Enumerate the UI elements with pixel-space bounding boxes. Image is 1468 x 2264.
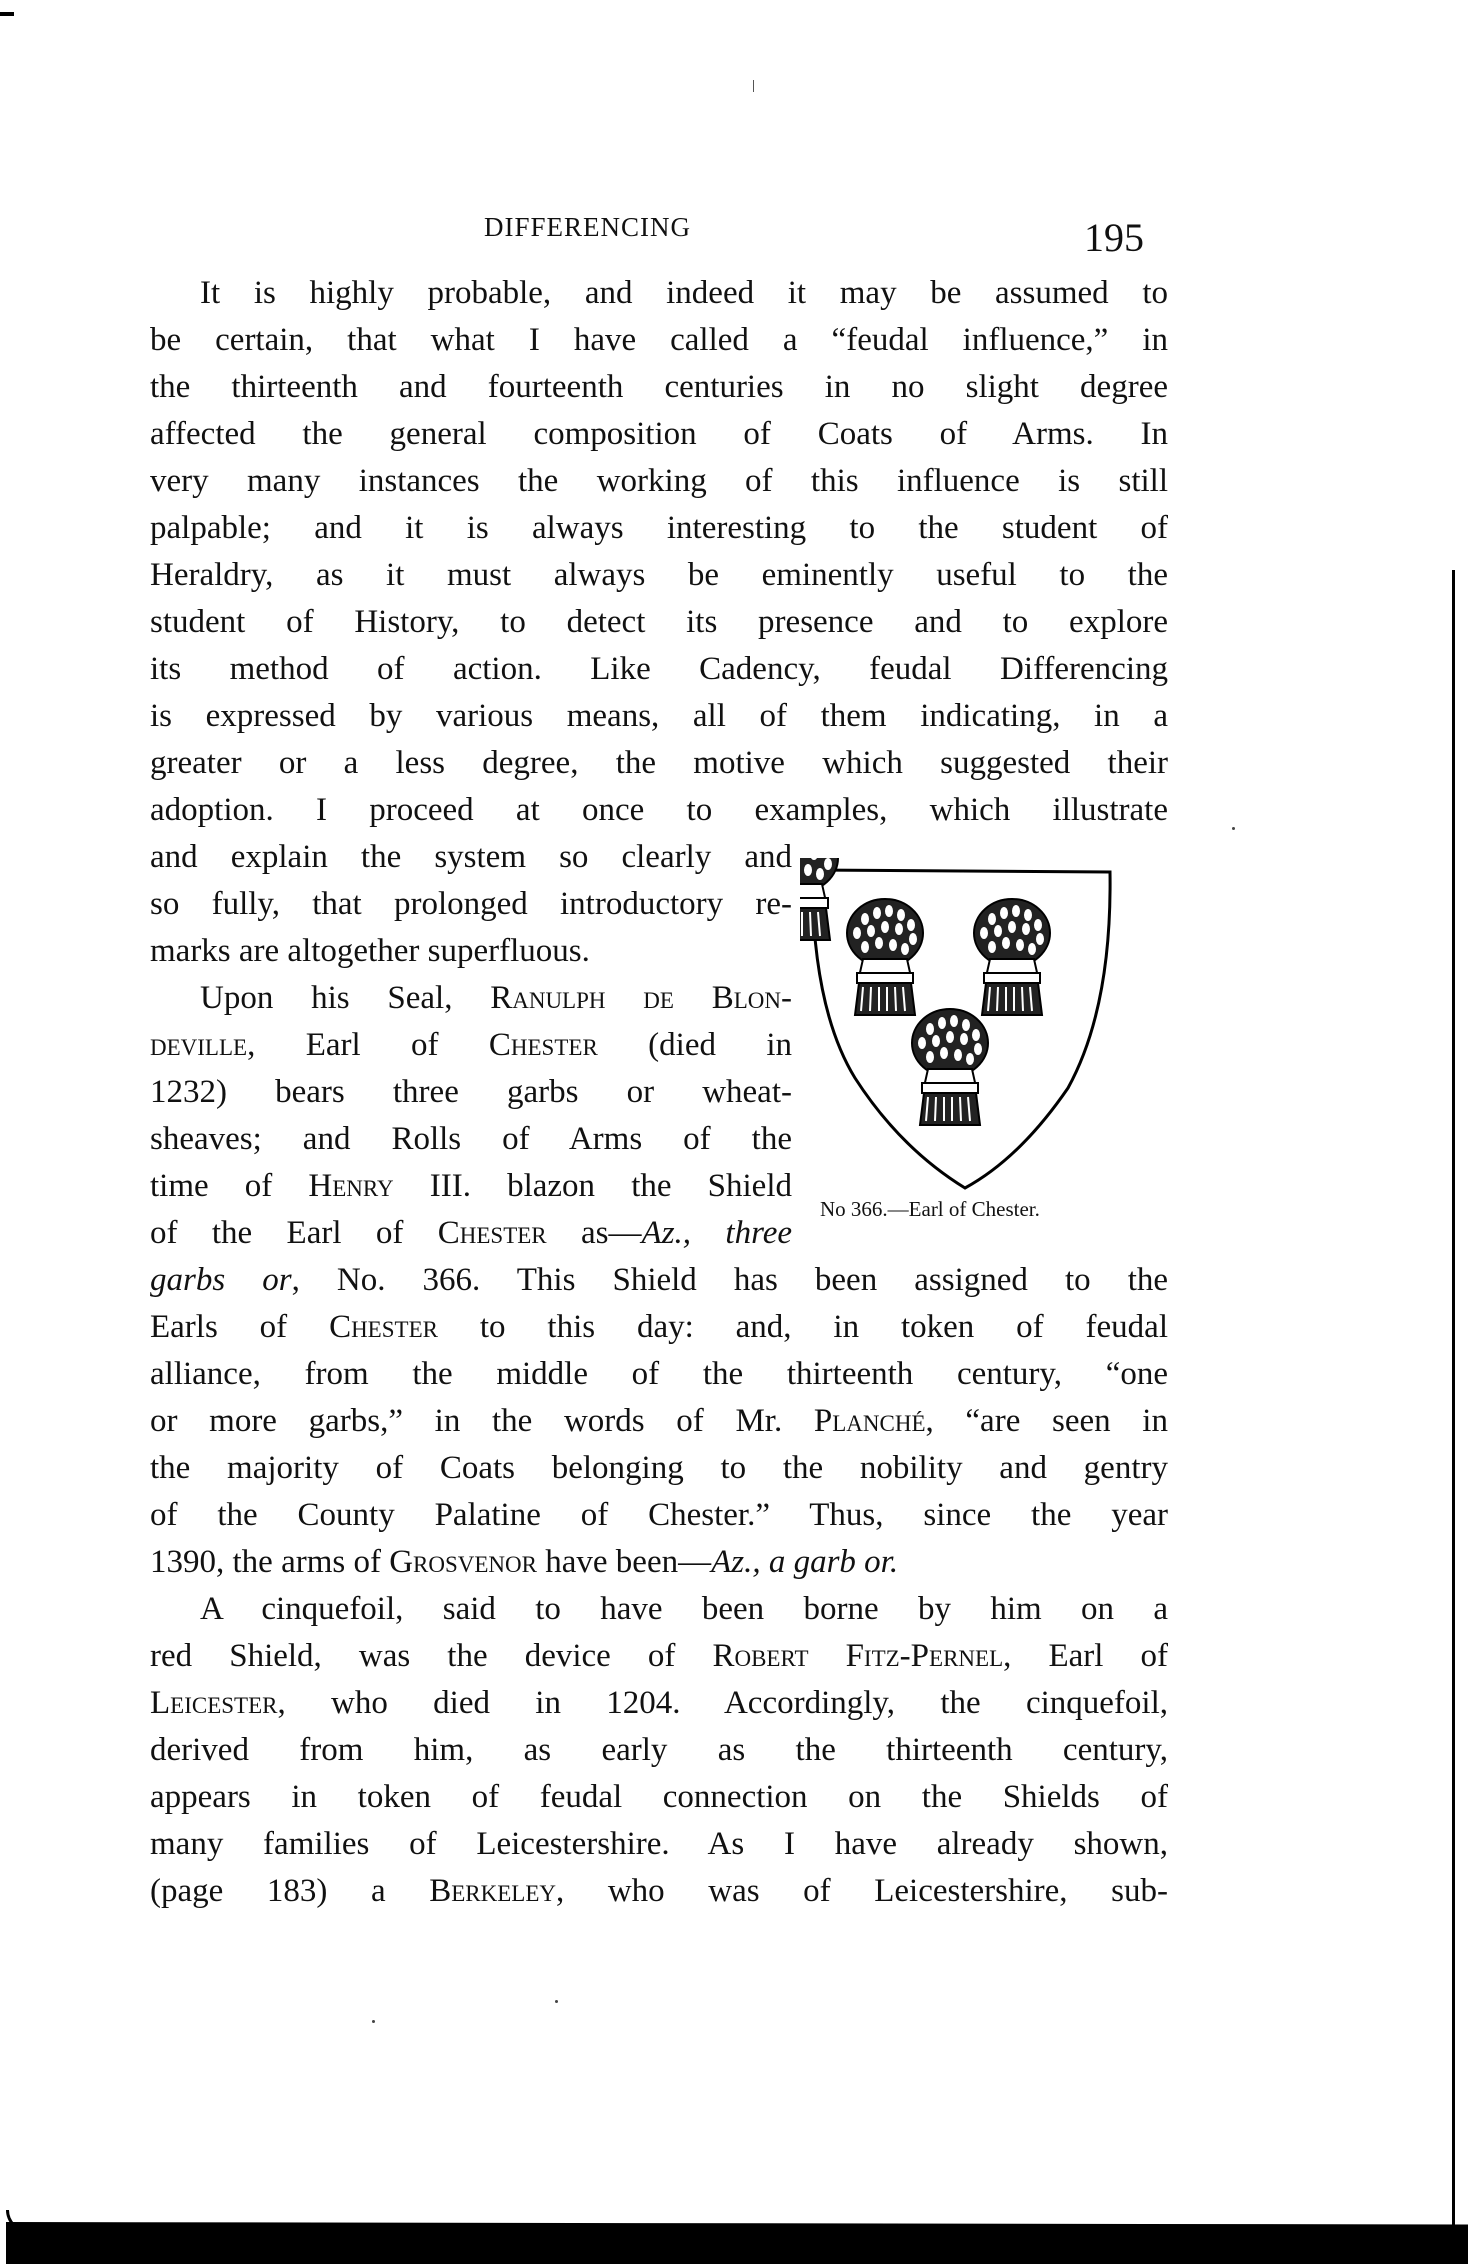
text-line: student of History, to detect its presen… xyxy=(150,599,1168,646)
text-line: Upon his Seal, Ranulph de Blon- xyxy=(150,975,792,1022)
running-title: DIFFERENCING xyxy=(484,212,691,243)
shield-figure xyxy=(800,858,1120,1228)
text-line: palpable; and it is always interesting t… xyxy=(150,505,1168,552)
text-line: (page 183) a Berkeley, who was of Leices… xyxy=(150,1868,1168,1915)
text-line: affected the general composition of Coat… xyxy=(150,411,1168,458)
text-line: its method of action. Like Cadency, feud… xyxy=(150,646,1168,693)
text-line: appears in token of feudal connection on… xyxy=(150,1774,1168,1821)
text-line: garbs or, No. 366. This Shield has been … xyxy=(150,1257,1168,1304)
text-line: Earls of Chester to this day: and, in to… xyxy=(150,1304,1168,1351)
text-line: derived from him, as early as the thirte… xyxy=(150,1727,1168,1774)
scan-corner-mark xyxy=(0,12,14,16)
name-ranulph: Ranulph de Blon- xyxy=(490,980,792,1016)
scan-artifact-tick xyxy=(753,80,754,92)
scan-speck xyxy=(372,2020,375,2023)
text-line: many families of Leicestershire. As I ha… xyxy=(150,1821,1168,1868)
text-line: A cinquefoil, said to have been borne by… xyxy=(150,1586,1168,1633)
text-line: deville, Earl of Chester (died in xyxy=(150,1022,792,1069)
text-line: red Shield, was the device of Robert Fit… xyxy=(150,1633,1168,1680)
text-line: Heraldry, as it must always be eminently… xyxy=(150,552,1168,599)
text-line: so fully, that prolonged introductory re… xyxy=(150,881,792,928)
text-line: the majority of Coats belonging to the n… xyxy=(150,1445,1168,1492)
text-line: 1232) bears three garbs or wheat- xyxy=(150,1069,792,1116)
text-line: adoption. I proceed at once to examples,… xyxy=(150,787,1168,834)
text-line: greater or a less degree, the motive whi… xyxy=(150,740,1168,787)
text-line: It is highly probable, and indeed it may… xyxy=(150,270,1168,317)
text-line: or more garbs,” in the words of Mr. Plan… xyxy=(150,1398,1168,1445)
text-line: be certain, that what I have called a “f… xyxy=(150,317,1168,364)
scan-page-edge xyxy=(1452,570,1455,2250)
text-line: very many instances the working of this … xyxy=(150,458,1168,505)
text-line: and explain the system so clearly and xyxy=(150,834,792,881)
text-line: sheaves; and Rolls of Arms of the xyxy=(150,1116,792,1163)
text-line: is expressed by various means, all of th… xyxy=(150,693,1168,740)
text-line: 1390, the arms of Grosvenor have been—Az… xyxy=(150,1539,1168,1586)
text-line: the thirteenth and fourteenth centuries … xyxy=(150,364,1168,411)
shield-three-garbs-icon xyxy=(800,858,1120,1198)
scan-speck xyxy=(555,2000,558,2003)
text-line: marks are altogether superfluous. xyxy=(150,928,792,975)
page-number: 195 xyxy=(1084,214,1144,261)
text-line: of the County Palatine of Chester.” Thus… xyxy=(150,1492,1168,1539)
scan-bottom-edge xyxy=(6,2222,1468,2264)
text-line: time of Henry III. blazon the Shield xyxy=(150,1163,792,1210)
text-line: alliance, from the middle of the thirtee… xyxy=(150,1351,1168,1398)
text-line: Leicester, who died in 1204. Accordingly… xyxy=(150,1680,1168,1727)
figure-caption: No 366.—Earl of Chester. xyxy=(820,1197,1040,1222)
scan-speck xyxy=(1232,827,1235,830)
text-line: of the Earl of Chester as—Az., three xyxy=(150,1210,792,1257)
